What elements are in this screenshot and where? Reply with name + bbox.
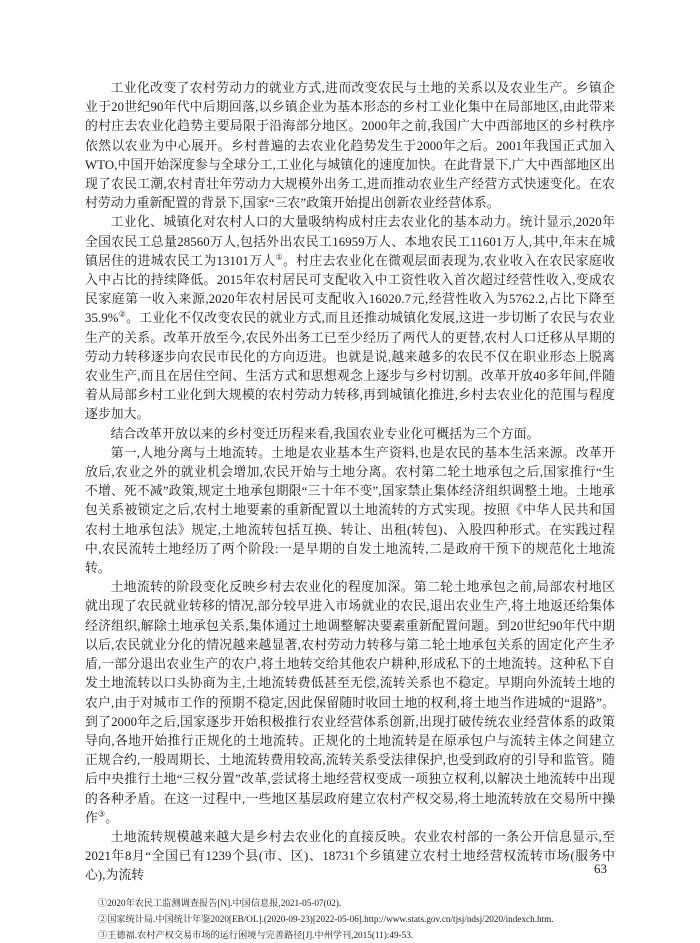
paragraph: 结合改革开放以来的乡村变迁历程来看,我国农业专业化可概括为三个方面。 bbox=[85, 425, 615, 444]
footnote-text: 王德福.农村产权交易市场的运行困境与完善路径[J].中州学刊,2015(11):… bbox=[107, 930, 413, 940]
paragraph: 工业化、城镇化对农村人口的大量吸纳构成村庄去农业化的基本动力。统计显示,2020… bbox=[85, 213, 615, 424]
paragraph: 第一,人地分离与土地流转。土地是农业基本生产资料,也是农民的基本生活来源。改革开… bbox=[85, 444, 615, 578]
footnote-ref: ③ bbox=[98, 809, 105, 818]
footnote-ref: ② bbox=[119, 310, 127, 319]
footnotes: ①2020年农民工监测调查报告[N].中国信息报,2021-05-07(02).… bbox=[85, 895, 615, 943]
footnote-text: 国家统计局.中国统计年鉴2020[EB/OL].(2020-09-23)[202… bbox=[107, 914, 553, 924]
body-text: 工业化改变了农村劳动力的就业方式,进而改变农民与土地的关系以及农业生产。乡镇企业… bbox=[85, 79, 615, 886]
footnote-item: ②国家统计局.中国统计年鉴2020[EB/OL].(2020-09-23)[20… bbox=[85, 911, 615, 927]
paragraph: 工业化改变了农村劳动力的就业方式,进而改变农民与土地的关系以及农业生产。乡镇企业… bbox=[85, 79, 615, 213]
page-content: 工业化改变了农村劳动力的就业方式,进而改变农民与土地的关系以及农业生产。乡镇企业… bbox=[85, 79, 615, 943]
footnote-marker: ③ bbox=[98, 930, 107, 940]
footnote-marker: ① bbox=[98, 898, 107, 908]
page-number: 63 bbox=[594, 861, 607, 877]
footnote-ref: ① bbox=[276, 253, 284, 262]
footnote-item: ③王德福.农村产权交易市场的运行困境与完善路径[J].中州学刊,2015(11)… bbox=[85, 927, 615, 943]
document-page: 工业化改变了农村劳动力的就业方式,进而改变农民与土地的关系以及农业生产。乡镇企业… bbox=[0, 0, 700, 943]
footnote-text: 2020年农民工监测调查报告[N].中国信息报,2021-05-07(02). bbox=[107, 898, 341, 908]
paragraph: 土地流转规模越来越大是乡村去农业化的直接反映。农业农村部的一条公开信息显示,至2… bbox=[85, 828, 615, 886]
footnote-item: ①2020年农民工监测调查报告[N].中国信息报,2021-05-07(02). bbox=[85, 895, 615, 911]
footnote-marker: ② bbox=[98, 914, 107, 924]
paragraph: 土地流转的阶段变化反映乡村去农业化的程度加深。第二轮土地承包之前,局部农村地区就… bbox=[85, 578, 615, 828]
